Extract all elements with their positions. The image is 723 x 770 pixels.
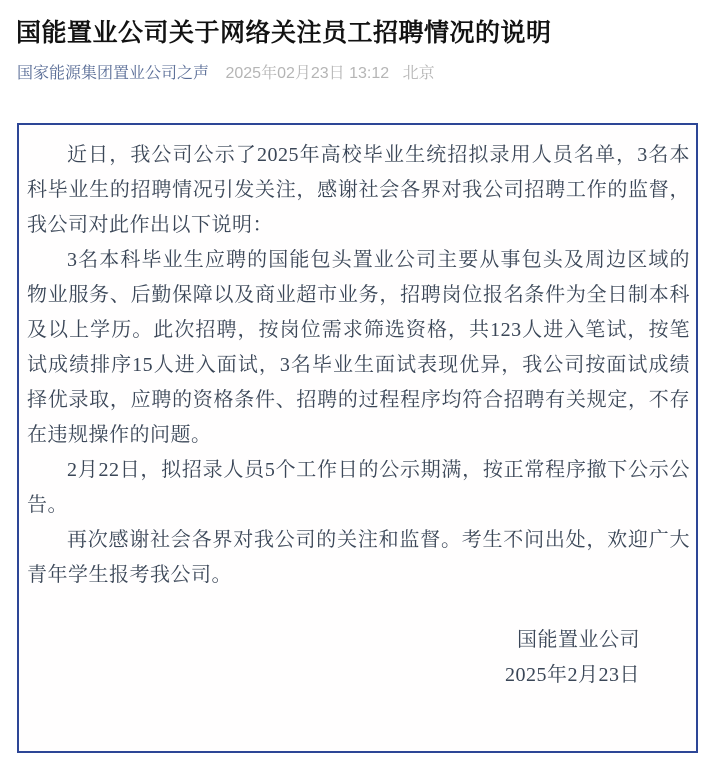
signature-block: 国能置业公司 2025年2月23日 <box>27 623 690 693</box>
article-title: 国能置业公司关于网络关注员工招聘情况的说明 <box>16 17 707 51</box>
signature-org: 国能置业公司 <box>27 623 640 658</box>
account-name-link[interactable]: 国家能源集团置业公司之声 <box>17 65 209 82</box>
article-page: 国能置业公司关于网络关注员工招聘情况的说明 国家能源集团置业公司之声 2025年… <box>0 0 723 770</box>
publish-location: 北京 <box>403 65 435 82</box>
byline: 国家能源集团置业公司之声 2025年02月23日 13:12 北京 <box>17 64 707 83</box>
publish-datetime: 2025年02月23日 13:12 <box>225 65 389 82</box>
statement-box: 近日，我公司公示了2025年高校毕业生统招拟录用人员名单，3名本科毕业生的招聘情… <box>17 123 698 753</box>
statement-paragraph-3: 2月22日，拟招录人员5个工作日的公示期满，按正常程序撤下公示公告。 <box>27 453 690 523</box>
statement-paragraph-4: 再次感谢社会各界对我公司的关注和监督。考生不问出处，欢迎广大青年学生报考我公司。 <box>27 523 690 593</box>
statement-paragraph-2: 3名本科毕业生应聘的国能包头置业公司主要从事包头及周边区域的物业服务、后勤保障以… <box>27 243 690 453</box>
signature-date: 2025年2月23日 <box>27 658 640 693</box>
statement-paragraph-1: 近日，我公司公示了2025年高校毕业生统招拟录用人员名单，3名本科毕业生的招聘情… <box>27 138 690 243</box>
